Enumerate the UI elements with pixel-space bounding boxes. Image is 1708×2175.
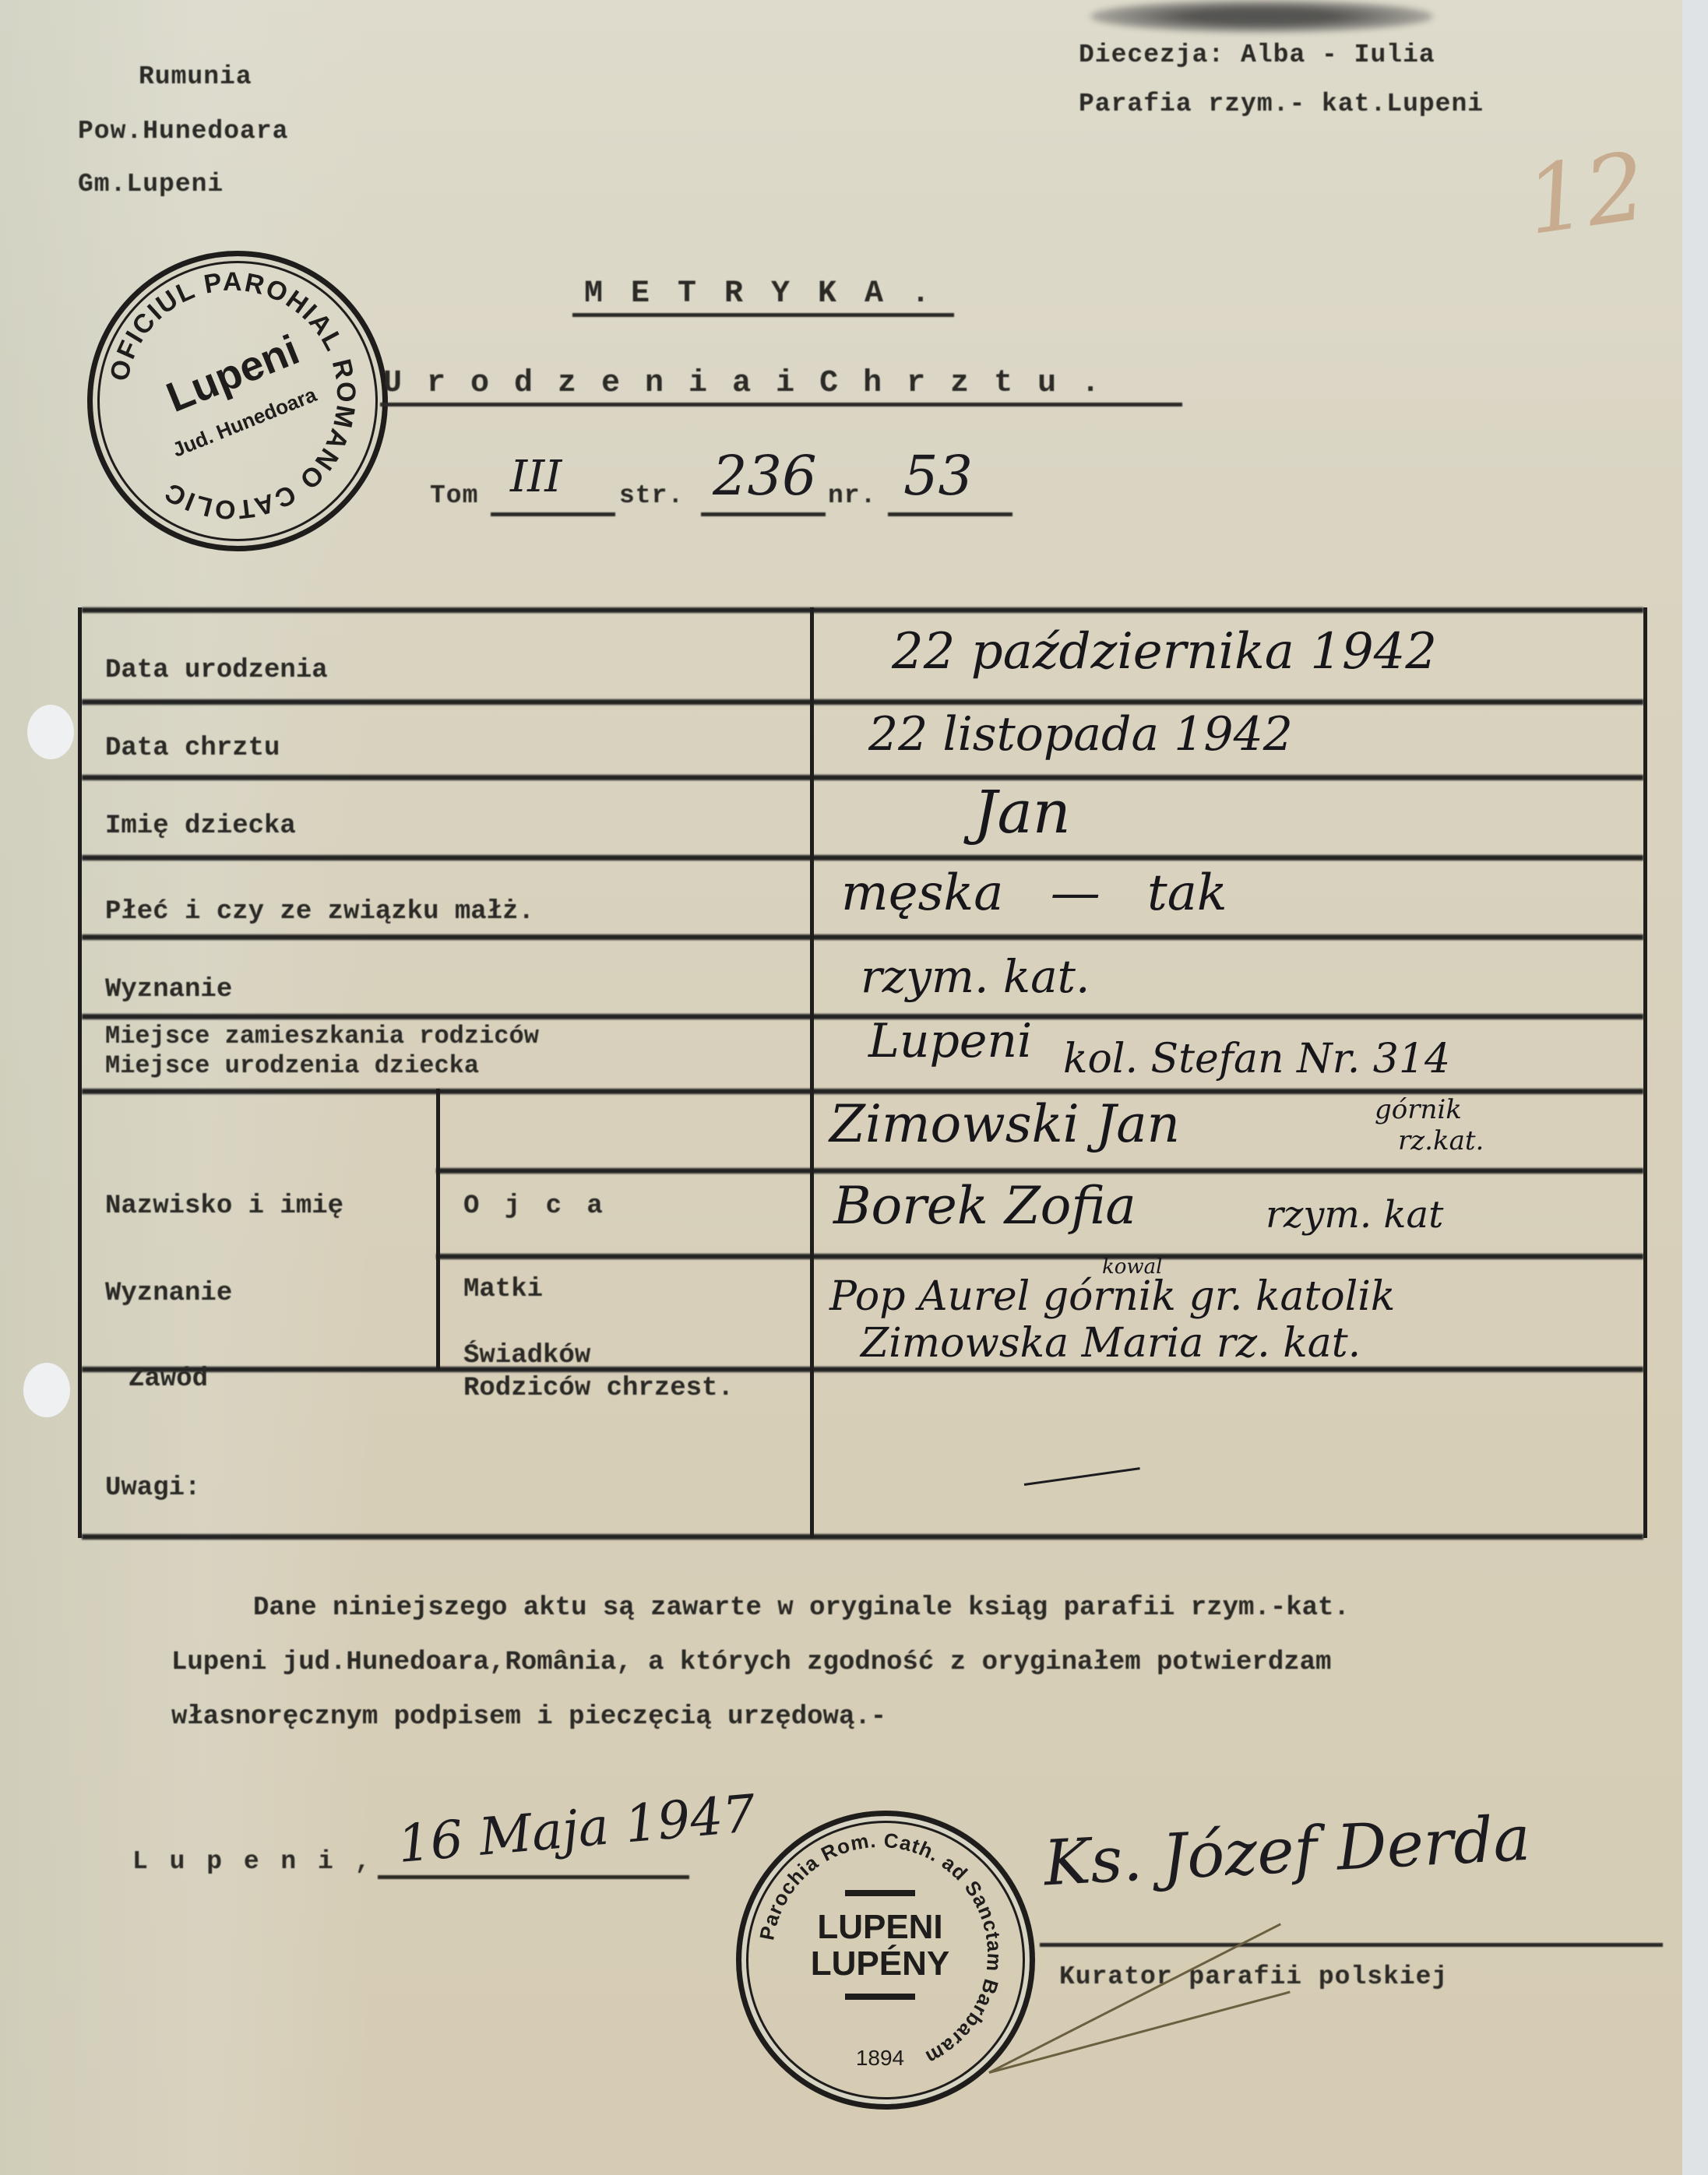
value-residence-town: Lupeni [868, 1014, 1032, 1068]
document-subtitle: U r o d z e n i a i C h r z t u . [383, 366, 1103, 401]
certification-line-2: Lupeni jud.Hunedoara,România, a których … [171, 1635, 1698, 1690]
document-title: M E T R Y K A . [584, 276, 935, 311]
label-remarks: Uwagi: [105, 1472, 200, 1505]
value-father-name: Zimowski Jan [829, 1094, 1180, 1154]
punch-hole-top [27, 705, 74, 759]
label-godparents: Świadków Rodziców chrzest. [463, 1339, 734, 1405]
header-parish: Parafia rzym.- kat.Lupeni [1079, 90, 1484, 118]
label-father: O j c a [463, 1190, 607, 1223]
label-parents-religion: Wyznanie [105, 1277, 232, 1310]
handwritten-signature: Ks. Józef Derda [1042, 1802, 1532, 1900]
signature-line [1040, 1943, 1663, 1947]
certification-line-3: własnoręcznym podpisem i pieczęcią urzęd… [171, 1690, 1698, 1744]
punch-hole-bottom [23, 1363, 70, 1417]
place-label: L u p e n i , [132, 1847, 373, 1876]
label-sex-legitimacy: Płeć i czy ze związku małż. [105, 896, 534, 928]
header-diocese: Diecezja: Alba - Iulia [1079, 40, 1435, 69]
label-birth-date: Data urodzenia [105, 654, 328, 687]
value-baptism-date: 22 listopada 1942 [868, 707, 1293, 762]
signature-flourish-2 [989, 1991, 1291, 2074]
value-godparent-1: Pop Aurel górnik gr. katolik [829, 1273, 1395, 1320]
nr-underline [888, 512, 1012, 516]
subtitle-underline [380, 403, 1182, 406]
document-page: Rumunia Pow.Hunedoara Gm.Lupeni Diecezja… [0, 0, 1682, 2175]
label-residence: Miejsce zamieszkania rodziców Miejsce ur… [105, 1022, 539, 1081]
nr-value: 53 [903, 444, 973, 508]
parish-stamp-bottom: Parochia Rom. Cath. ad Sanctam Barbaram … [736, 1811, 1035, 2110]
label-mother: Matki [463, 1273, 543, 1306]
label-parents-occupation: Zawód [129, 1363, 208, 1395]
redaction-smudge [1090, 0, 1433, 33]
pencil-page-number: 12 [1520, 132, 1653, 256]
value-child-name: Jan [974, 777, 1071, 846]
value-mother-name: Borek Zofia [833, 1176, 1136, 1236]
issue-date: 16 Maja 1947 [396, 1783, 759, 1874]
stamp-bottom-year: 1894 [788, 2046, 972, 2071]
value-birth-date: 22 października 1942 [892, 623, 1437, 681]
stamp-bottom-center-1: LUPENI [788, 1908, 972, 1947]
value-sex-legitimacy: męska — tak [841, 864, 1227, 922]
tom-underline [491, 512, 615, 516]
label-baptism-date: Data chrztu [105, 732, 280, 765]
str-value: 236 [713, 444, 817, 508]
value-religion: rzym. kat. [861, 950, 1090, 1003]
tom-value: III [510, 452, 562, 502]
value-residence-address: kol. Stefan Nr. 314 [1063, 1036, 1450, 1082]
value-godparent-2: Zimowska Maria rz. kat. [861, 1320, 1361, 1367]
stamp-bar-top [845, 1890, 915, 1896]
stamp-bottom-center-2: LUPÉNY [788, 1944, 972, 1983]
parish-stamp-top: OFICIUL PAROHIAL ROMANO CATOLIC Lupeni J… [87, 251, 388, 551]
value-father-religion: rz.kat. [1398, 1125, 1484, 1156]
str-underline [701, 512, 826, 516]
label-child-name: Imię dziecka [105, 810, 296, 843]
nr-label: nr. [828, 481, 876, 510]
date-underline [378, 1875, 689, 1879]
tom-label: Tom [430, 481, 478, 510]
header-district: Pow.Hunedoara [78, 117, 288, 146]
signature-title: Kurator parafii polskiej [1059, 1962, 1448, 1991]
certification-text: Dane niniejszego aktu są zawarte w orygi… [171, 1581, 1698, 1744]
remarks-dash [1024, 1467, 1140, 1486]
label-parents-name: Nazwisko i imię [105, 1190, 343, 1223]
label-religion: Wyznanie [105, 973, 232, 1006]
stamp-bar-bottom [845, 1994, 915, 2000]
header-commune: Gm.Lupeni [78, 170, 224, 199]
value-mother-religion: rzym. kat [1266, 1193, 1443, 1237]
str-label: str. [619, 481, 684, 510]
header-country: Rumunia [139, 62, 252, 91]
title-underline [572, 313, 954, 317]
value-father-occupation: górnik [1375, 1094, 1462, 1125]
certification-line-1: Dane niniejszego aktu są zawarte w orygi… [171, 1581, 1698, 1635]
record-table: Data urodzenia 22 października 1942 Data… [78, 607, 1647, 1538]
